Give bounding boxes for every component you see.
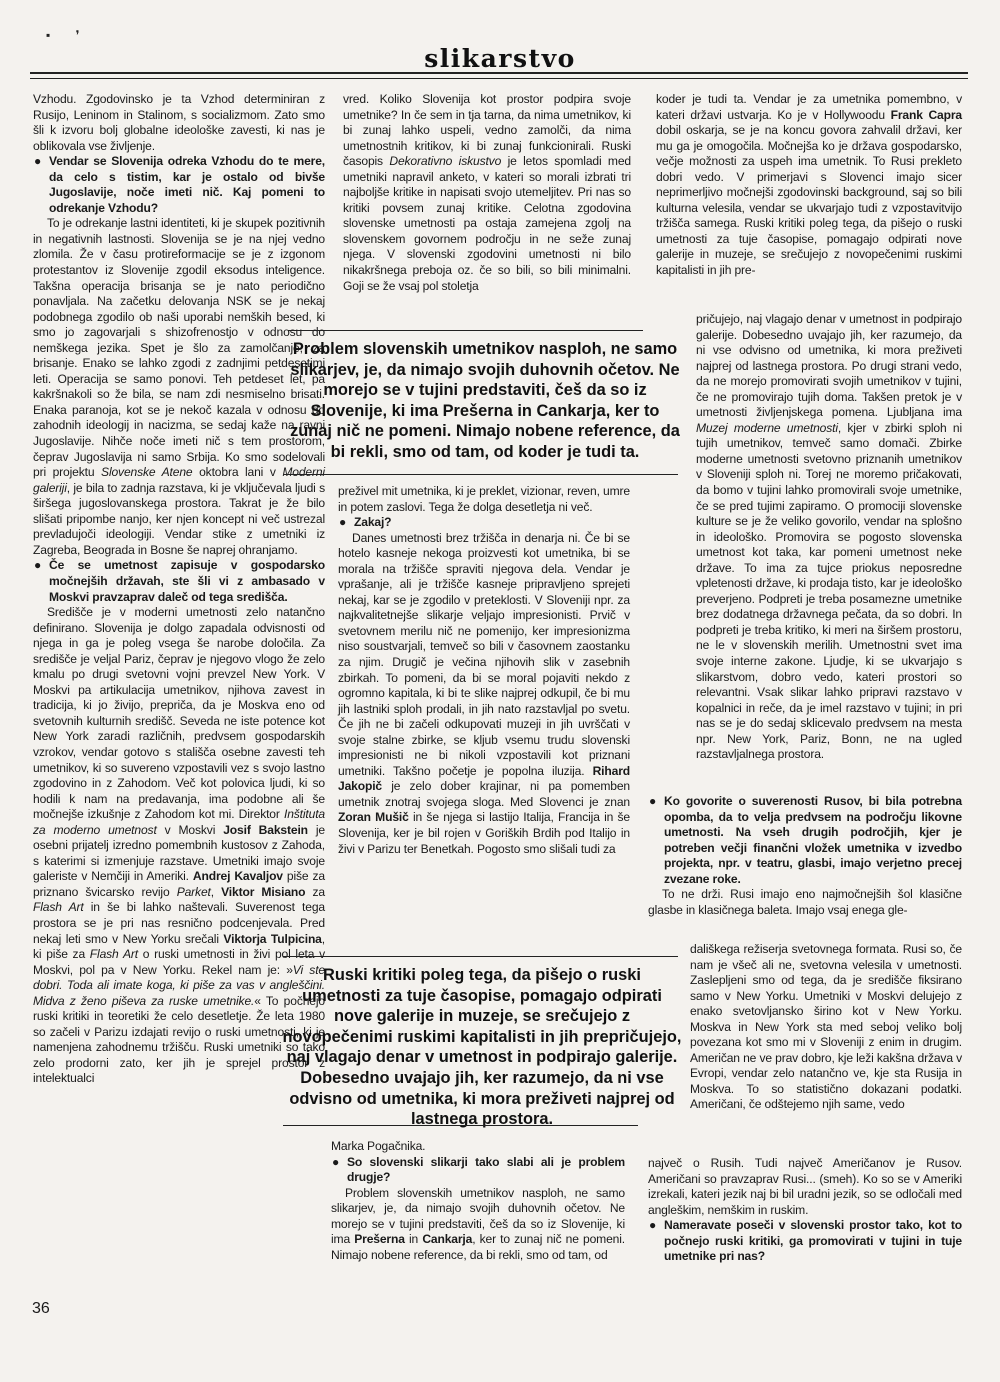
- pullquote-rule: [288, 330, 643, 331]
- person-name: Prešerna: [354, 1232, 405, 1246]
- bullet-icon: ●: [649, 794, 656, 810]
- column-3-bottom: največ o Rusih. Tudi največ Američanov j…: [648, 1156, 962, 1265]
- person-name: Cankarja: [422, 1232, 472, 1246]
- person-name: Zoran Mušič: [338, 810, 409, 824]
- person-name: Viktor Misiano: [221, 885, 305, 899]
- person-name: Andrej Kavaljov: [193, 869, 283, 883]
- paragraph: Marka Pogačnika.: [331, 1139, 625, 1155]
- bullet-icon: ●: [332, 1155, 339, 1171]
- paragraph: To je odrekanje lastni identiteti, ki je…: [33, 216, 325, 558]
- paragraph: največ o Rusih. Tudi največ Američanov j…: [648, 1156, 962, 1218]
- print-marks: ▪ ❜: [46, 28, 101, 42]
- paragraph: preživel mit umetnika, ki je preklet, vi…: [338, 484, 630, 515]
- interview-question: ●Zakaj?: [338, 515, 630, 531]
- interview-question: ●Ko govorite o suverenosti Rusov, bi bil…: [648, 794, 962, 887]
- column-3-wrap: pričujejo, naj vlagajo denar v umetnost …: [696, 312, 962, 763]
- paragraph: Problem slovenskih umetnikov nasploh, ne…: [331, 1186, 625, 1264]
- column-2-middle: preživel mit umetnika, ki je preklet, vi…: [338, 484, 630, 857]
- paragraph: Vzhodu. Zgodovinsko je ta Vzhod determin…: [33, 92, 325, 154]
- pullquote-rule: [283, 1125, 638, 1126]
- pullquote-rule: [283, 956, 678, 957]
- column-3-wrap-2: dališkega režiserja svetovnega formata. …: [690, 942, 962, 1113]
- column-2-bottom: Marka Pogačnika. ●So slovenski slikarji …: [331, 1139, 625, 1263]
- page-number: 36: [32, 1300, 50, 1318]
- interview-question: ●Nameravate poseči v slovenski prostor t…: [648, 1218, 962, 1265]
- print-mark: ❜: [76, 28, 80, 42]
- person-name: Viktorja Tulpicina: [223, 932, 321, 946]
- interview-question: ●So slovenski slikarji tako slabi ali je…: [331, 1155, 625, 1186]
- column-3: koder je tudi ta. Vendar je za umetnika …: [656, 92, 962, 279]
- paragraph: Danes umetnosti brez tržišča in denarja …: [338, 531, 630, 857]
- column-3-lower: ●Ko govorite o suverenosti Rusov, bi bil…: [648, 794, 962, 918]
- pullquote-rule: [283, 474, 678, 475]
- paragraph: To ne drži. Rusi imajo eno najmočnejših …: [648, 887, 962, 918]
- column-2-top: vred. Koliko Slovenija kot prostor podpi…: [343, 92, 631, 294]
- paragraph: dališkega režiserja svetovnega formata. …: [690, 942, 962, 1113]
- interview-question: ●Če se umetnost zapisuje v gospodarsko m…: [33, 558, 325, 605]
- bullet-icon: ●: [339, 515, 346, 531]
- title-divider: [30, 72, 968, 79]
- paragraph: koder je tudi ta. Vendar je za umetnika …: [656, 92, 962, 279]
- bullet-icon: ●: [34, 154, 41, 170]
- bullet-icon: ●: [649, 1218, 656, 1234]
- bullet-icon: ●: [34, 558, 41, 574]
- pullquote: Ruski kritiki poleg tega, da pišejo o ru…: [282, 965, 682, 1130]
- magazine-page: ▪ ❜ slikarstvo Vzhodu. Zgodovinsko je ta…: [0, 0, 1000, 1382]
- column-1: Vzhodu. Zgodovinsko je ta Vzhod determin…: [33, 92, 325, 1087]
- interview-question: ●Vendar se Slovenija odreka Vzhodu do te…: [33, 154, 325, 216]
- paragraph: vred. Koliko Slovenija kot prostor podpi…: [343, 92, 631, 294]
- paragraph: pričujejo, naj vlagajo denar v umetnost …: [696, 312, 962, 763]
- print-mark: ▪: [46, 28, 50, 42]
- section-title: slikarstvo: [0, 44, 1000, 73]
- person-name: Josif Bakstein: [223, 823, 308, 837]
- pullquote: Problem slovenskih umetnikov nasploh, ne…: [288, 339, 682, 463]
- person-name: Frank Capra: [891, 108, 962, 122]
